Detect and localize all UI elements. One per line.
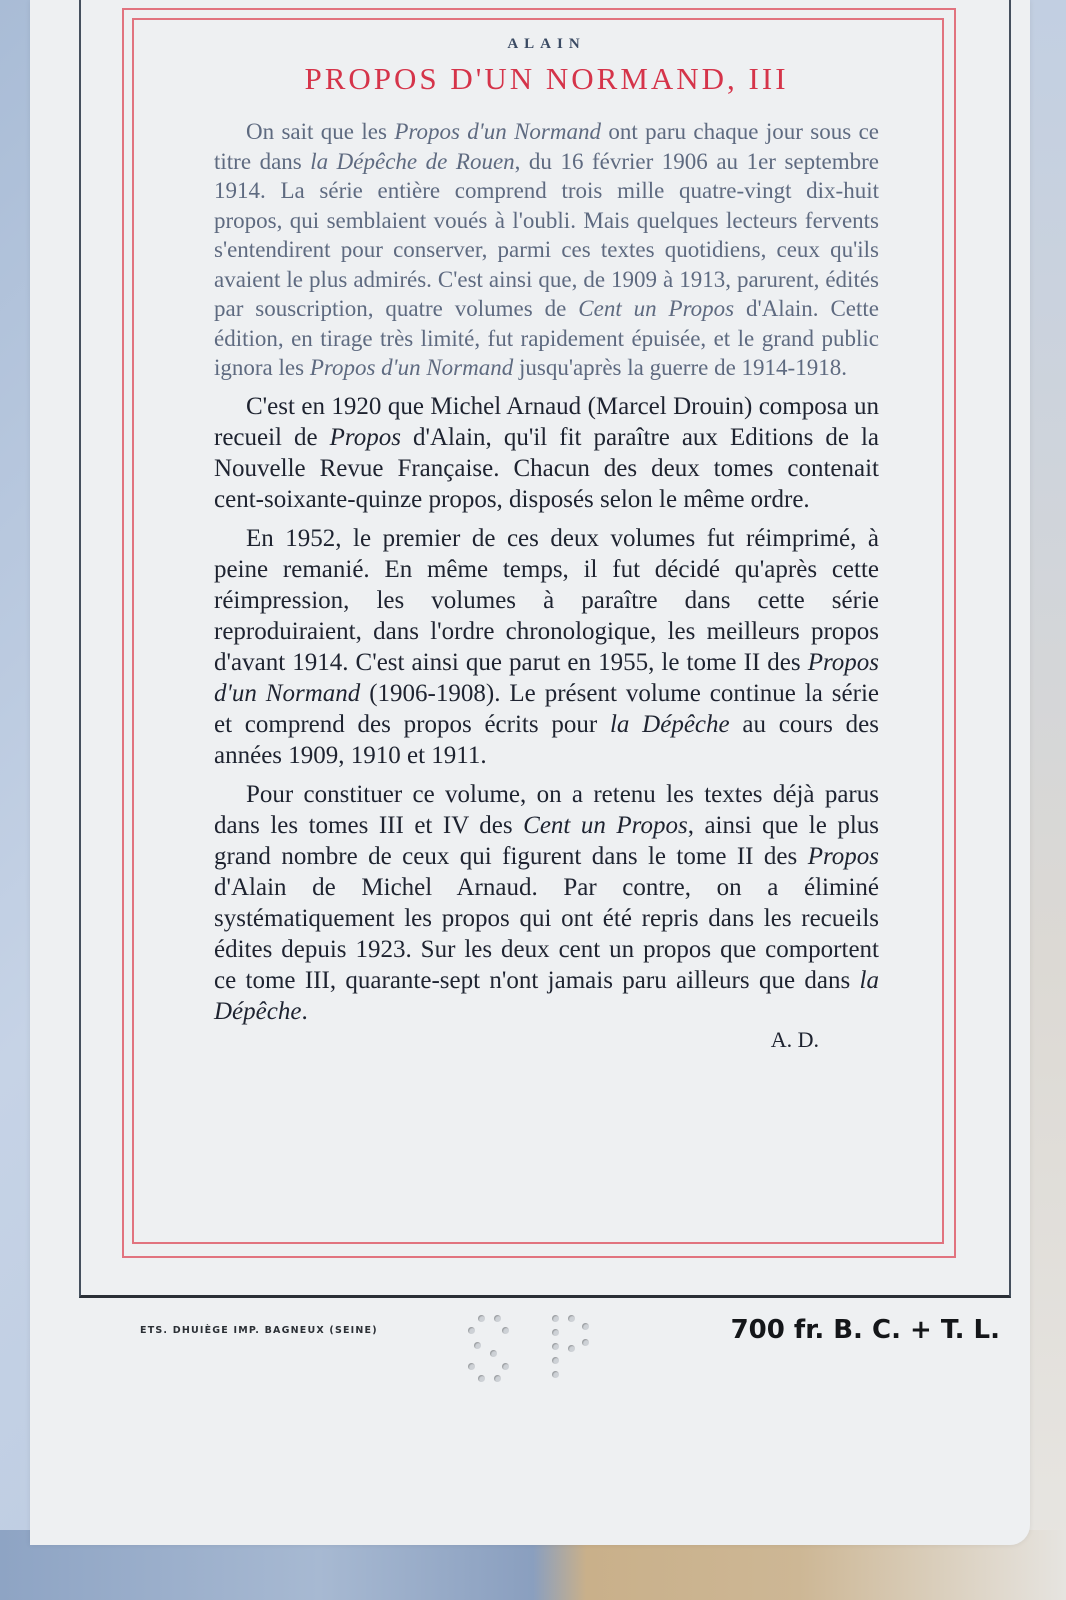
italic-title-reference: Cent un Propos <box>523 812 688 839</box>
paragraph-3: En 1952, le premier de ces deux volumes … <box>214 523 879 771</box>
text-run: En 1952, le premier de ces deux volumes … <box>214 525 879 676</box>
background-fabric-right <box>1026 0 1066 1600</box>
paragraph-1: On sait que les Propos d'un Normand ont … <box>214 117 879 383</box>
paragraph-4: Pour constituer ce volume, on a retenu l… <box>214 779 879 1027</box>
italic-title-reference: Propos <box>330 424 401 451</box>
italic-title-reference: la Dépêche <box>610 711 730 738</box>
italic-title-reference: Propos d'un Normand <box>394 119 601 144</box>
text-run: . <box>301 998 307 1025</box>
italic-title-reference: Propos d'un Normand <box>310 355 513 380</box>
book-back-cover: ALAIN PROPOS D'UN NORMAND, III On sait q… <box>30 0 1030 1545</box>
cover-text-block: ALAIN PROPOS D'UN NORMAND, III On sait q… <box>214 36 879 1053</box>
italic-title-reference: Propos <box>808 843 879 870</box>
sp-perforation-stamp <box>460 1305 600 1405</box>
text-run: On sait que les <box>246 119 394 144</box>
text-run: d'Alain de Michel Arnaud. Par contre, on… <box>214 874 879 994</box>
signature: A. D. <box>214 1027 879 1053</box>
paragraph-2: C'est en 1920 que Michel Arnaud (Marcel … <box>214 391 879 515</box>
author-name: ALAIN <box>214 36 879 53</box>
italic-title-reference: la Dépêche de Rouen <box>310 149 514 174</box>
price-label: 700 fr. B. C. + T. L. <box>731 1315 1000 1345</box>
printer-imprint: ETS. DHUIÈGE IMP. BAGNEUX (SEINE) <box>140 1325 378 1336</box>
book-title: PROPOS D'UN NORMAND, III <box>214 61 879 97</box>
italic-title-reference: Cent un Propos <box>578 296 734 321</box>
text-run: jusqu'après la guerre de 1914-1918. <box>513 355 847 380</box>
